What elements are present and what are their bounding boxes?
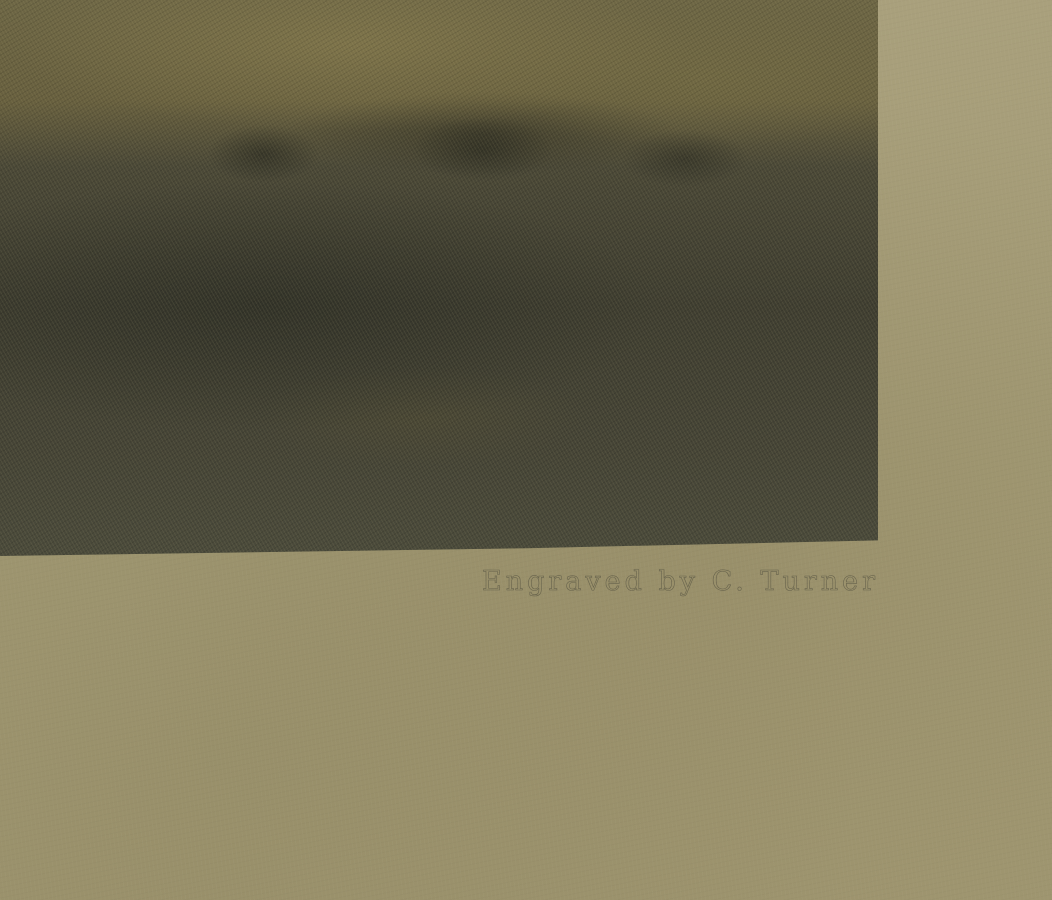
engraving-texture bbox=[0, 0, 878, 556]
engraved-plate-image bbox=[0, 0, 878, 556]
engraver-credit: Engraved by C. Turner bbox=[482, 566, 879, 597]
